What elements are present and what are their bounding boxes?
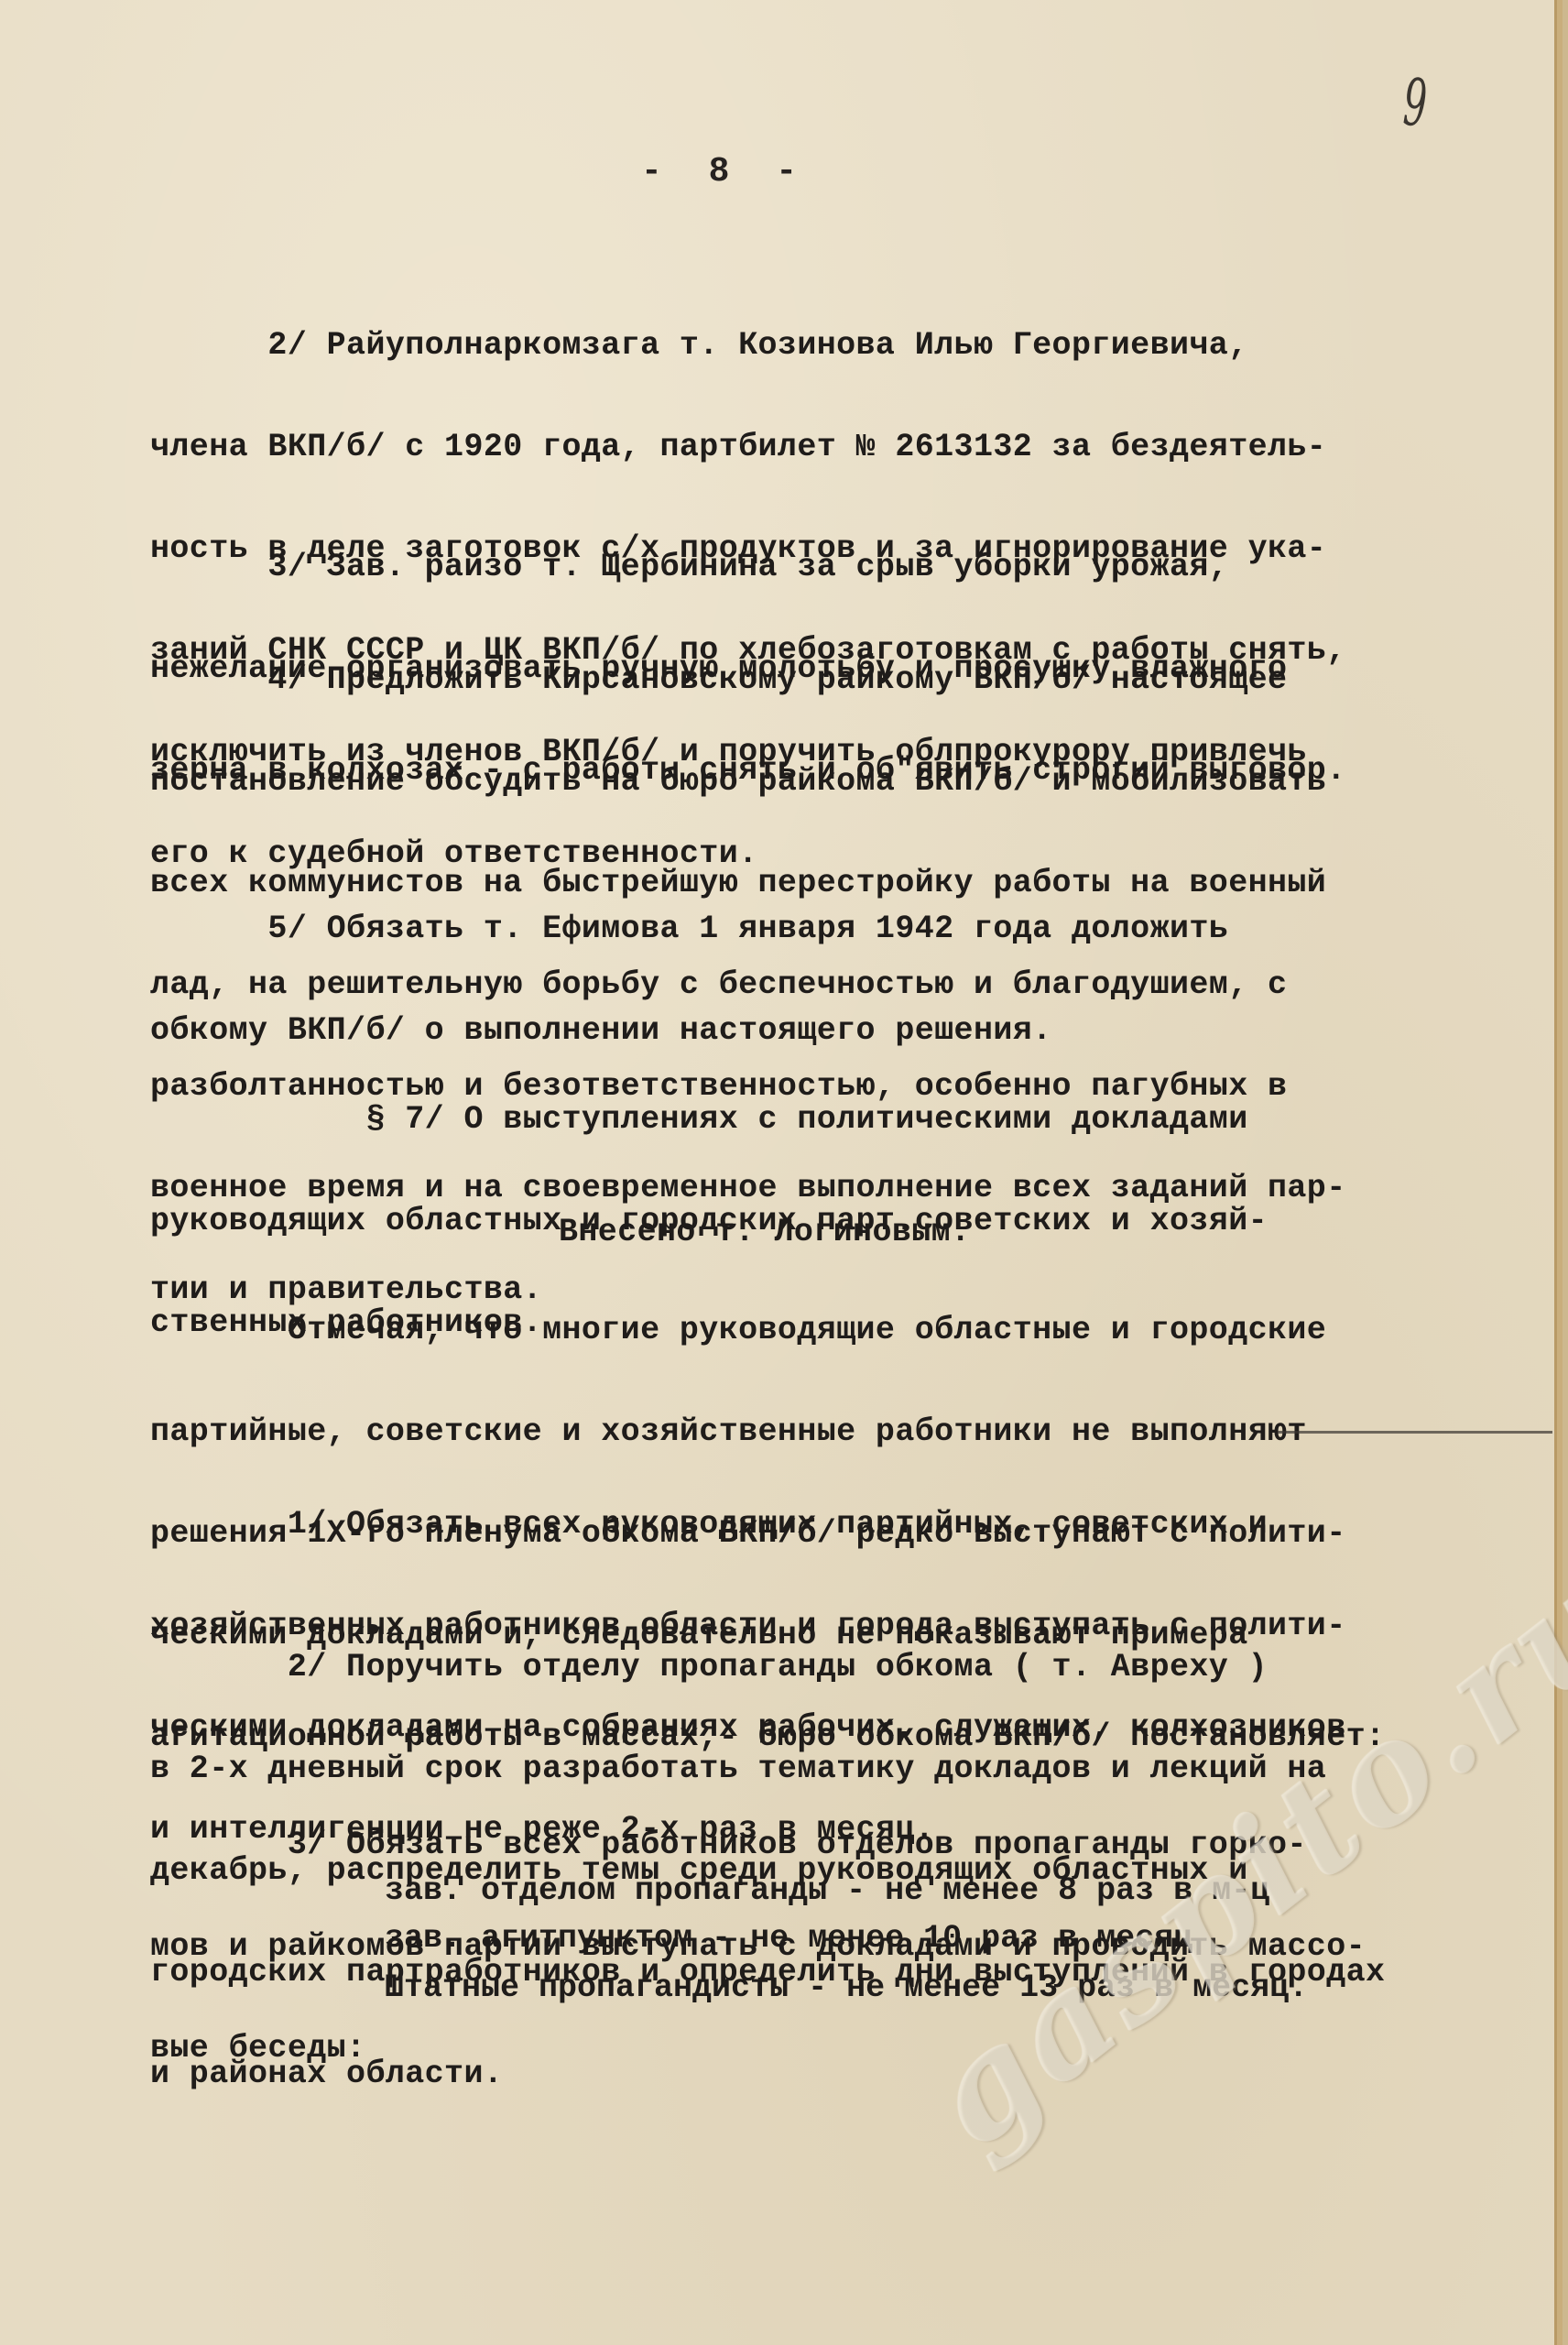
text-line: 2/ Райуполнаркомзага т. Козинова Илью Ге…	[150, 329, 1542, 363]
heading-line: § 7/ О выступлениях с политическими докл…	[150, 1103, 1542, 1137]
text-line: 4/ Предложить Кирсановскому райкому ВКП/…	[150, 663, 1542, 697]
text-line: 2/ Поручить отделу пропаганды обкома ( т…	[150, 1651, 1542, 1685]
text-line: члена ВКП/б/ с 1920 года, партбилет № 26…	[150, 431, 1542, 464]
text-line: вые беседы:	[150, 2032, 1542, 2066]
text-line: 5/ Обязать т. Ефимова 1 января 1942 года…	[150, 912, 1542, 946]
text-line: Отмечая, что многие руководящие областны…	[150, 1314, 1542, 1347]
text-line: 1/ Обязать всех руководящих партийных, с…	[150, 1508, 1542, 1542]
underline-rule	[1278, 1431, 1552, 1434]
page-number: - 8 -	[641, 152, 810, 191]
introduced-by-text: Внесено т. Логиновым.	[559, 1216, 1568, 1249]
archival-document-page: 9 - 8 - 2/ Райуполнаркомзага т. Козинова…	[0, 0, 1563, 2345]
handwritten-folio-number: 9	[1401, 62, 1429, 143]
text-line: 3/ Зав. райзо т. Щербинина за срыв уборк…	[150, 551, 1542, 584]
text-line: постановление обсудить на бюро райкома В…	[150, 765, 1542, 799]
